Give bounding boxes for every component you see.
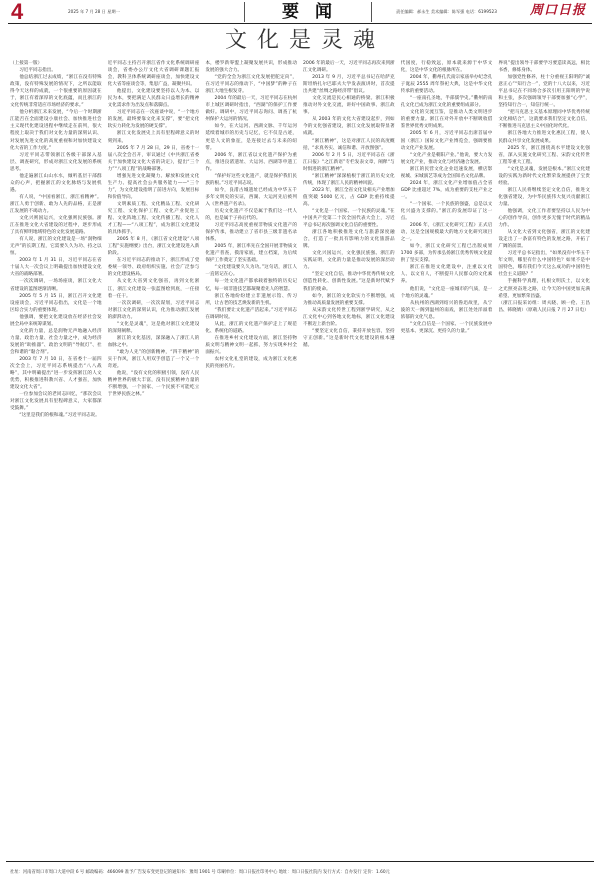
paragraph: 浙江文化发展史上具有里程碑意义的时刻到来。: [108, 130, 200, 144]
paragraph: 2006 年，浙江省以文化遗产保护为重点，推进良渚遗址、大运河、西湖等申遗工作。: [205, 152, 297, 173]
paragraph: 一位参加会议的老同志回忆，“那次会议对浙江文化发展具有里程碑意义，大家都深受鼓舞…: [10, 391, 102, 412]
newspaper-masthead: 周口日报: [530, 1, 586, 21]
paragraph: 2005 年，浙江率先在全国开展非物质文化遗产普查，摸清家底，建立档案，为后续保…: [205, 243, 297, 264]
paragraph: 手握科学真理，扎根文明沃土，以文化之光照亮奋进之路，让今天的中国更加充满希望、更…: [498, 278, 590, 299]
text-column-6: 界说”提出领导干部要学习要造读高远，相比书香，修炼身体。加强党性修养，柱十分重视…: [498, 60, 590, 853]
paragraph: 文化的交流互鉴，是推动人类文明进步的重要力量。浙江在对外开放中不断吸收借鉴世界优…: [401, 109, 493, 130]
paragraph: 从文化大省到文化强省，再到文化浙江，浙江文化建设一张蓝图绘到底，一任接着一任干。: [108, 278, 200, 299]
paragraph: 从杭州的西湖到绍兴的鲁迅故里，从宁波的天一阁到温州的南戏，浙江处处洋溢着浓郁的文…: [401, 300, 493, 321]
publisher-info: 社址：河南省周口市周口大道中段 6 号 邮政编码：466099 准予广告发布变更…: [10, 869, 390, 875]
paragraph: “坚定文化自信，推动中华优秀传统文化创造性转化、创新性发展。”这是新时代赋予我们…: [303, 271, 395, 292]
article-body: （上接第一版）习近平同志指出。他总结浙江过去成绩，“浙江在没有特殊政策，没有特殊…: [10, 60, 590, 853]
paragraph: 有人说，浙江的文化建设是一场“润物细无声”的长期工程，它需要久久为功、持之以恒。: [10, 236, 102, 257]
paragraph: 他说，“没有文化的积极引领，没有人民精神世界的极大丰富，没有民族精神力量的不断增…: [108, 370, 200, 398]
paragraph: 2005 年 5 月 15 日，浙江召开文化建设座谈会，习近平同志指出，文化是一…: [10, 293, 102, 314]
paragraph: 2005 年 7 月 28 日，29 日，省委十一届八次全会召开，审议通过《中共…: [108, 145, 200, 173]
paragraph: 他们说，“文化是一座城市的气质，是一个地方的灵魂。”: [401, 286, 493, 300]
paragraph: 如今，良渚古城遗址已经成为中华五千多年文明史的实证，西湖、大运河先后被列入《世界…: [205, 187, 297, 208]
paragraph: 2003 年 1 月 31 日，习近平同志在省十届人大一次会议上明确提出加快建设…: [10, 257, 102, 278]
paragraph: “这里是我们的根和魂。”习近平同志说。: [10, 412, 102, 419]
paragraph: “文化是灵魂，发展是根本。”浙江文化建设的实践为新时代文化繁荣发展提供了宝贵经验…: [498, 166, 590, 187]
paragraph: 习近平同志高度重视非物质文化遗产的保护传承，推动建立了省市县三级非遗名录体系。: [205, 222, 297, 243]
paragraph: 从宋韵文化传世工程到浙学研究，从之江文化中心到各地文化地标，浙江文化建设不断迈上…: [303, 307, 395, 328]
paragraph: 在习近平同志的推动下，浙江形成了党委统一领导、政府组织实施、社会广泛参与的文化建…: [108, 257, 200, 278]
section-banner: 要闻: [244, 2, 372, 22]
page-footer: 社址：河南省周口市周口大道中段 6 号 邮政编码：466099 准予广告发布变更…: [6, 861, 594, 883]
text-column-3: 本，楼罗新零盟上凝聚发展共识，形成推动发展的强大合力。“党的全会为浙江文化发展把…: [205, 60, 297, 853]
paragraph: “文化建设要久久为功。”这句话，浙江人一直铭记在心。: [205, 264, 297, 278]
paragraph: “浙江精神”深深植根于浙江的历史文化传统，体现了浙江人民的精神风貌。: [303, 173, 395, 187]
paragraph: 2004 年的最后一天，习近平同志在杭州市上城区调研时指出，“西湖”的保护工作要…: [205, 95, 297, 123]
paragraph: 一次次调研，一次次谋划，习近平同志对浙江文化的深刻认识，化为推动浙江发展的澎湃动…: [108, 300, 200, 321]
paragraph: 2023 年，浙江全省文化及相关产业增加值突破 5000 亿元，占 GDP 比重…: [303, 187, 395, 208]
paragraph: 习近平总书记指出，“如果没有中华五千年文明，哪里有什么中国特色？如果不是中国特色…: [498, 250, 590, 278]
paragraph: 浙江的文化基因，深深融入了浙江人的血脉之中。: [108, 335, 200, 349]
paragraph: “要坚定文化自信，秉持开放包容，坚持守正创新。”这是新时代文化建设的根本遵循。: [303, 328, 395, 349]
paragraph: “敢为人先”的创新精神，“四千精神”的实干作风，浙江人用双手创造了一个又一个奇迹…: [108, 349, 200, 370]
paragraph: 历史文化遗产不仅是属于我们这一代人的，也是属于子孙后代的。: [205, 208, 297, 222]
paragraph: 习近平同志带领浙江各级干部深入基层、调查研究，形成对浙江文化发展的系统思考。: [10, 152, 102, 173]
paragraph: 从 2003 年的文化大省建设起步，到如今的文化强省建设，浙江文化发展取得显著成…: [303, 116, 395, 137]
paragraph: 文化的力量，总是润物无声地融入经济力量、政治力量、社会力量之中，成为经济发展的“…: [10, 328, 102, 356]
paragraph: （浙江日报采访组：周夫晓、顾一伦、王昌昌、韩晓婧）（原载人民日报 7 月 27 …: [498, 300, 590, 314]
paragraph: “文化是灵魂”，这是他对浙江文化建设的深刻阐释。: [108, 321, 200, 335]
editor-credits: 责任编辑：郝永生 美术编辑：陈军强 电话：6199523: [396, 9, 497, 15]
paragraph: 2013 年 9 月，习近平总书记在哈萨克斯坦纳扎尔巴耶夫大学发表演讲时，首次提…: [303, 74, 395, 95]
paragraph: 代国度，行稳致远，原本就来源于中华文化，这是中华文化的根脉所在。: [401, 60, 493, 74]
text-column-1: （上接第一版）习近平同志指出。他总结浙江过去成绩，“浙江在没有特殊政策，没有特殊…: [10, 60, 102, 853]
paragraph: 浙江在推进文化建设中，注重以文化人、以文育人，不断提升人民群众的文化素养。: [401, 264, 493, 285]
page-header: 4 2025 年 7 月 28 日 星期一 要闻 责任编辑：郝永生 美术编辑：陈…: [8, 0, 592, 24]
paragraph: 一次次调研，一场场座谈，浙江文化大省建设的蓝图逐渐清晰。: [10, 278, 102, 292]
paragraph: 2005 年 8 月，《浙江省文化建设“八项工程”实施纲要》出台，浙江文化建设进…: [108, 236, 200, 257]
paragraph: 2003 年 7 月 10 日，在省委十一届四次全会上，习近平同志系统提出“八八…: [10, 356, 102, 391]
paragraph: 农村文化礼堂的建设，成为浙江文化惠民的亮丽名片。: [205, 356, 297, 370]
paragraph: “一座南孔圣地，半部儒学史。”衢州的南孔文化已成为浙江文化的重要组成部分。: [401, 95, 493, 109]
paragraph: 每一处文化遗产都承载着独特的历史记忆，每一项非遗技艺都凝聚着先人的智慧。: [205, 278, 297, 292]
paragraph: “一个国家、一个民族的强盛，总是以文化兴盛为支撑的。”浙江的发展印证了这一点。: [401, 201, 493, 222]
paragraph: 界说”提出领导干部要学习要造读高远，相比书香，修炼身体。: [498, 60, 590, 74]
paragraph: 浙江各地纷纷建立非遗展示馆、传习所，让古老的技艺焕发新的生机。: [205, 293, 297, 307]
paragraph: 文明素质工程、文化精品工程、文化研究工程、文化保护工程、文化产业促进工程、文化阵…: [108, 201, 200, 236]
paragraph: 如今，在大运河、西湖文脉、千年运河延续着城市的历史与记忆，它不仅是古迹，更是人文…: [205, 123, 297, 151]
paragraph: 文化交流是民心相通的桥梁。浙江积极推动对外文化交流，讲好中国故事、浙江故事。: [303, 95, 395, 116]
paragraph: 如今，浙江的文化软实力不断增强，成为推动高质量发展的重要支撑。: [303, 293, 395, 307]
section-title: 要闻: [268, 2, 348, 22]
paragraph: 2025 年，浙江围绕高水平建设文化强省，深入实施文化研究工程、宋韵文化传世工程…: [498, 145, 590, 166]
paragraph: 加强党性修养，柱十分重视王阳明的“诚意正心”“知行合一”，党的十八大以来，习近平…: [498, 74, 590, 109]
paragraph: 2024 年，浙江文化产业增加值占全省 GDP 比重超过 7%，成为重要的支柱产…: [401, 180, 493, 201]
paragraph: 文化兴则国运兴，文化强则民族强。浙江在推进文化大省建设的过程中，逐步形成了具有鲜…: [10, 215, 102, 236]
paragraph: “保护好这些文化遗产，就是保护我们民族的根。”习近平同志说。: [205, 173, 297, 187]
paragraph: 习近平同志在一次座谈中说，“一个地方的发展，最终要靠文化来支撑”，要“把文化软实…: [108, 109, 200, 130]
paragraph: 习近平同志指出。: [10, 67, 102, 74]
paragraph: （上接第一版）: [10, 60, 102, 67]
paragraph: 浙江各地积极推进文化与旅游深度融合，打造了一批具有影响力的文化旅游品牌。: [303, 229, 395, 250]
paragraph: 他走遍浙江山山水水，倾听基层干部群众的心声，把握浙江的文化脉络与发展机遇。: [10, 173, 102, 194]
paragraph: “我们要让文化遗产活起来。”习近平同志在调研时说。: [205, 307, 297, 321]
article-headline: 文化是灵魂: [0, 26, 600, 56]
page-number: 4: [11, 1, 23, 23]
paragraph: 他提出，文化建设要坚持以人为本、以民为本，要把满足人民群众日益增长的精神文化需求…: [108, 88, 200, 109]
paragraph: 他分析浙江未来发展，“今后一个时期浙江能否在全面建设小康社会、加快推进社会主义现…: [10, 109, 102, 151]
paragraph: 增强先进文化凝聚力、解放和发展文化生产力、提高社会公共服务能力——“三个力”，为…: [108, 173, 200, 201]
paragraph: “浙江精神”，这是对浙江人民的高度概括，“求真务实、诚信和谐、开放图强”。: [303, 138, 395, 152]
text-column-2: 近平同志主持召开浙江省作文化系统调研座谈会，省委办公厅文化大省调研课题汇报会，教…: [108, 60, 200, 853]
paragraph: 他强调，要把文化建设放在经济社会发展全局中来统筹谋划。: [10, 314, 102, 328]
paragraph: 从文化大省到文化强省，浙江的文化建设走出了一条富有特色的发展之路，开拓了广阔的前…: [498, 229, 590, 250]
paragraph: 文化兴国运兴，文化强民族强。浙江的实践证明，文化的力量是推动发展的深层动力。: [303, 250, 395, 271]
issue-date: 2025 年 7 月 28 日 星期一: [68, 9, 120, 15]
paragraph: 有人说，“中国看浙江，浙江看精神”。浙江人勇于创新、敢为人先的品格，正是浙江发展…: [10, 194, 102, 215]
paragraph: 从此，浙江的文化遗产保护走上了规范化、系统化的道路。: [205, 321, 297, 335]
paragraph: 他总结浙江过去成绩，“浙江在没有特殊政策，没有特殊发展的情况下，之所以能取得今天…: [10, 74, 102, 109]
paragraph: 浙江人民将继续坚定文化自信，推进文化强省建设，为中华民族伟大复兴贡献浙江力量。: [498, 187, 590, 208]
paragraph: 本，楼罗新零盟上凝聚发展共识，形成推动发展的强大合力。: [205, 60, 297, 74]
paragraph: “党的全会为浙江文化发展把舵定向”，在习近平同志的推动下，“中国梦”的种子在浙江…: [205, 74, 297, 95]
paragraph: 在推进乡村文化建设方面，浙江坚持物质文明与精神文明一起抓，努力实现乡村全面振兴。: [205, 335, 297, 356]
paragraph: 如今，浙江文化研究工程已出版成果 1700 多部，为传承弘扬浙江优秀传统文化提供…: [401, 243, 493, 264]
paragraph: 他强调，文化工作者要坚持以人民为中心的创作导向，创作更多无愧于时代的精品力作。: [498, 208, 590, 229]
paragraph: 近平同志主持召开浙江省作文化系统调研座谈会，省委办公厅文化大省调研课题汇报会，教…: [108, 60, 200, 88]
paragraph: “文化是一个国家、一个民族的灵魂。”在中国共产党第二十次全国代表大会上，习近平总…: [303, 208, 395, 229]
paragraph: 2006 年，《浙江文化研究工程》正式启动，这是全国规模最大的地方文化研究项目之…: [401, 222, 493, 243]
paragraph: “文化自信是一个国家、一个民族发展中更基本、更深沉、更持久的力量。”: [401, 321, 493, 335]
paragraph: 2005 年 6 月，习近平同志出席首届中国（浙江）国际文化产业博览会，强调要推…: [401, 130, 493, 151]
paragraph: 2004 年，衢州孔氏南宗家庙举办纪念孔子诞辰 2555 周年祭祀大典，这是中华…: [401, 74, 493, 95]
text-column-5: 代国度，行稳致远，原本就来源于中华文化，这是中华文化的根脉所在。2004 年，衢…: [401, 60, 493, 853]
paragraph: 浙江的民营文化企业迅速发展，横店影视城、宋城演艺等成为全国知名文化品牌。: [401, 166, 493, 180]
paragraph: 浙江各地大力推进文化惠民工程，使人民群众共享文化发展成果。: [498, 130, 590, 144]
paragraph: “文化产业是朝阳产业。”他说，要大力发展文化产业，推动文化与经济融合发展。: [401, 152, 493, 166]
text-column-4: 2006 年的最后一天，习近平同志再次来到浙江文化调研。2013 年 9 月，习…: [303, 60, 395, 853]
paragraph: “把马克思主义基本原理同中华优秀传统文化相结合”，这就要求我们坚定文化自信，不断…: [498, 109, 590, 130]
paragraph: 2006 年的最后一天，习近平同志再次来到浙江文化调研。: [303, 60, 395, 74]
paragraph: 2006 年 2 月 5 日，习近平同志在《浙江日报》“之江新语”专栏发表文章，…: [303, 152, 395, 173]
